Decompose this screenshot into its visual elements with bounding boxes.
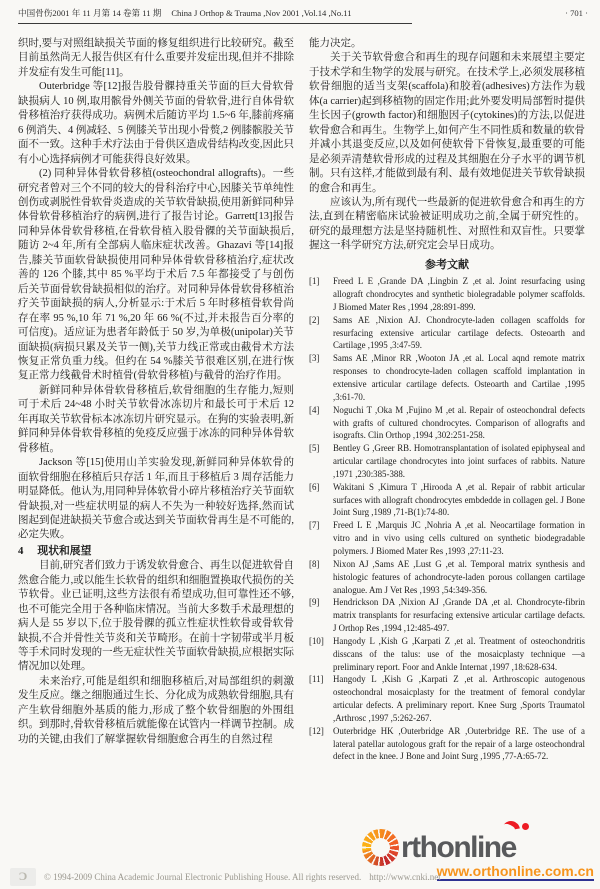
orthonline-wordmark: rthonline bbox=[401, 830, 516, 866]
reference-number: [12] bbox=[309, 725, 333, 764]
reference-text: Hangody L ,Kish G ,Karpati Z ,et al. Art… bbox=[333, 673, 585, 724]
section-title: 现状和展望 bbox=[37, 545, 91, 557]
reference-text: Noguchi T ,Oka M ,Fujino M ,et al. Repai… bbox=[333, 404, 585, 443]
reference-number: [9] bbox=[309, 596, 333, 635]
reference-number: [7] bbox=[309, 519, 333, 558]
reference-text: Wakitani S ,Kimura T ,Hirooda A ,et al. … bbox=[333, 481, 585, 520]
orthonline-url: www.orthonline.com.cn bbox=[437, 863, 594, 881]
reference-number: [1] bbox=[309, 275, 333, 314]
ring-hole bbox=[371, 838, 390, 857]
references-heading: 参考文献 bbox=[309, 258, 585, 272]
copyright-text: © 1994-2009 China Academic Journal Elect… bbox=[44, 872, 361, 882]
section-heading: 4现状和展望 bbox=[18, 544, 294, 558]
reference-item: [3]Sams AE ,Minor RR ,Wooton JA ,et al. … bbox=[309, 352, 585, 403]
page-number: · 701 · bbox=[565, 7, 588, 18]
section-number: 4 bbox=[18, 545, 23, 557]
references-list: [1]Freed L E ,Grande DA ,Lingbin Z ,et a… bbox=[309, 275, 585, 763]
reference-item: [6]Wakitani S ,Kimura T ,Hirooda A ,et a… bbox=[309, 481, 585, 520]
paragraph: 新鲜同种异体骨软骨移植后,软骨细胞的生存能力,短则可于术后 24~48 小时关节… bbox=[18, 384, 294, 456]
cnki-logo-icon: Ɔ bbox=[10, 868, 36, 886]
reference-text: Hendrickson DA ,Nixion AJ ,Grande DA ,et… bbox=[333, 596, 585, 635]
paragraph: Jackson 等[15]使用山羊实验发现,新鲜同种异体软骨的面软骨细胞在移植后… bbox=[18, 456, 294, 543]
reference-text: Bentley G ,Greer RB. Homotransplantation… bbox=[333, 442, 585, 481]
reference-item: [1]Freed L E ,Grande DA ,Lingbin Z ,et a… bbox=[309, 275, 585, 314]
article-body: 织时,要与对照组缺损关节面的修复组织进行比较研究。截至目前虽然尚无人报告供区有什… bbox=[18, 37, 585, 763]
reference-number: [3] bbox=[309, 352, 333, 403]
reference-text: Nixon AJ ,Sams AE ,Lust G ,et al. Tempor… bbox=[333, 558, 585, 597]
reference-item: [10]Hangody L ,Kish G ,Karpati Z ,et al.… bbox=[309, 635, 585, 674]
reference-item: [11]Hangody L ,Kish G ,Karpati Z ,et al.… bbox=[309, 673, 585, 724]
reference-number: [4] bbox=[309, 404, 333, 443]
right-column: 能力决定。 关于关节软骨愈合和再生的现存问题和未来展望主要定于技术学和生物学的发… bbox=[309, 37, 585, 763]
paragraph: 关于关节软骨愈合和再生的现存问题和未来展望主要定于技术学和生物学的发展与研究。在… bbox=[309, 51, 585, 196]
paragraph: 未来治疗,可能是组织和细胞移植后,对局部组织的刺激发生反应。继之细胞通过生长、分… bbox=[18, 675, 294, 747]
reference-item: [12]Outerbridge HK ,Outerbridge AR ,Oute… bbox=[309, 725, 585, 764]
reference-number: [10] bbox=[309, 635, 333, 674]
paragraph: 目前,研究者们致力于诱发软骨愈合、再生以促进软骨自然愈合能力,或以能生长软骨的组… bbox=[18, 559, 294, 675]
reference-text: Outerbridge HK ,Outerbridge AR ,Outerbri… bbox=[333, 725, 585, 764]
reference-text: Freed L E ,Marquis JC ,Nohria A ,et al. … bbox=[333, 519, 585, 558]
paragraph: 织时,要与对照组缺损关节面的修复组织进行比较研究。截至目前虽然尚无人报告供区有什… bbox=[18, 37, 294, 80]
orthonline-ring-icon bbox=[362, 829, 399, 866]
paragraph: Outerbridge 等[12]报告股骨髁持重关节面的巨大骨软骨缺损病人 10… bbox=[18, 80, 294, 167]
reference-item: [5]Bentley G ,Greer RB. Homotransplantat… bbox=[309, 442, 585, 481]
journal-title-line: 中国骨伤2001 年 11 月第 14 卷第 11 期China J Ortho… bbox=[18, 7, 412, 24]
left-column: 织时,要与对照组缺损关节面的修复组织进行比较研究。截至目前虽然尚无人报告供区有什… bbox=[18, 37, 294, 763]
reference-text: Sams AE ,Nixion AJ. Chondrocyte-laden co… bbox=[333, 314, 585, 353]
reference-text: Hangody L ,Kish G ,Karpati Z ,et al. Tre… bbox=[333, 635, 585, 674]
reference-text: Freed L E ,Grande DA ,Lingbin Z ,et al. … bbox=[333, 275, 585, 314]
reference-text: Sams AE ,Minor RR ,Wooton JA ,et al. Loc… bbox=[333, 352, 585, 403]
orthonline-logo: rthonline bbox=[362, 829, 516, 866]
reference-number: [5] bbox=[309, 442, 333, 481]
red-dot-icon bbox=[522, 823, 529, 830]
paragraph: (2) 同种异体骨软骨移植(osteochondral allografts)。… bbox=[18, 167, 294, 384]
journal-scan-page: 中国骨伤2001 年 11 月第 14 卷第 11 期China J Ortho… bbox=[0, 0, 600, 889]
reference-number: [6] bbox=[309, 481, 333, 520]
reference-item: [2]Sams AE ,Nixion AJ. Chondrocyte-laden… bbox=[309, 314, 585, 353]
paragraph: 能力决定。 bbox=[309, 37, 585, 51]
journal-title-cn: 中国骨伤2001 年 11 月第 14 卷第 11 期 bbox=[18, 8, 161, 18]
paragraph: 应该认为,所有现代一些最新的促进软骨愈合和再生的方法,直到在精密临床试验被证明成… bbox=[309, 196, 585, 254]
journal-title-en: China J Orthop & Trauma ,Nov 2001 ,Vol.1… bbox=[171, 8, 351, 18]
reference-item: [8]Nixon AJ ,Sams AE ,Lust G ,et al. Tem… bbox=[309, 558, 585, 597]
reference-number: [11] bbox=[309, 673, 333, 724]
reference-item: [9]Hendrickson DA ,Nixion AJ ,Grande DA … bbox=[309, 596, 585, 635]
reference-number: [2] bbox=[309, 314, 333, 353]
reference-item: [4]Noguchi T ,Oka M ,Fujino M ,et al. Re… bbox=[309, 404, 585, 443]
reference-item: [7]Freed L E ,Marquis JC ,Nohria A ,et a… bbox=[309, 519, 585, 558]
copyright-footer: Ɔ © 1994-2009 China Academic Journal Ele… bbox=[10, 868, 441, 886]
page-header: 中国骨伤2001 年 11 月第 14 卷第 11 期China J Ortho… bbox=[18, 7, 588, 24]
cnki-url: http://www.cnki.net bbox=[369, 872, 440, 882]
reference-number: [8] bbox=[309, 558, 333, 597]
